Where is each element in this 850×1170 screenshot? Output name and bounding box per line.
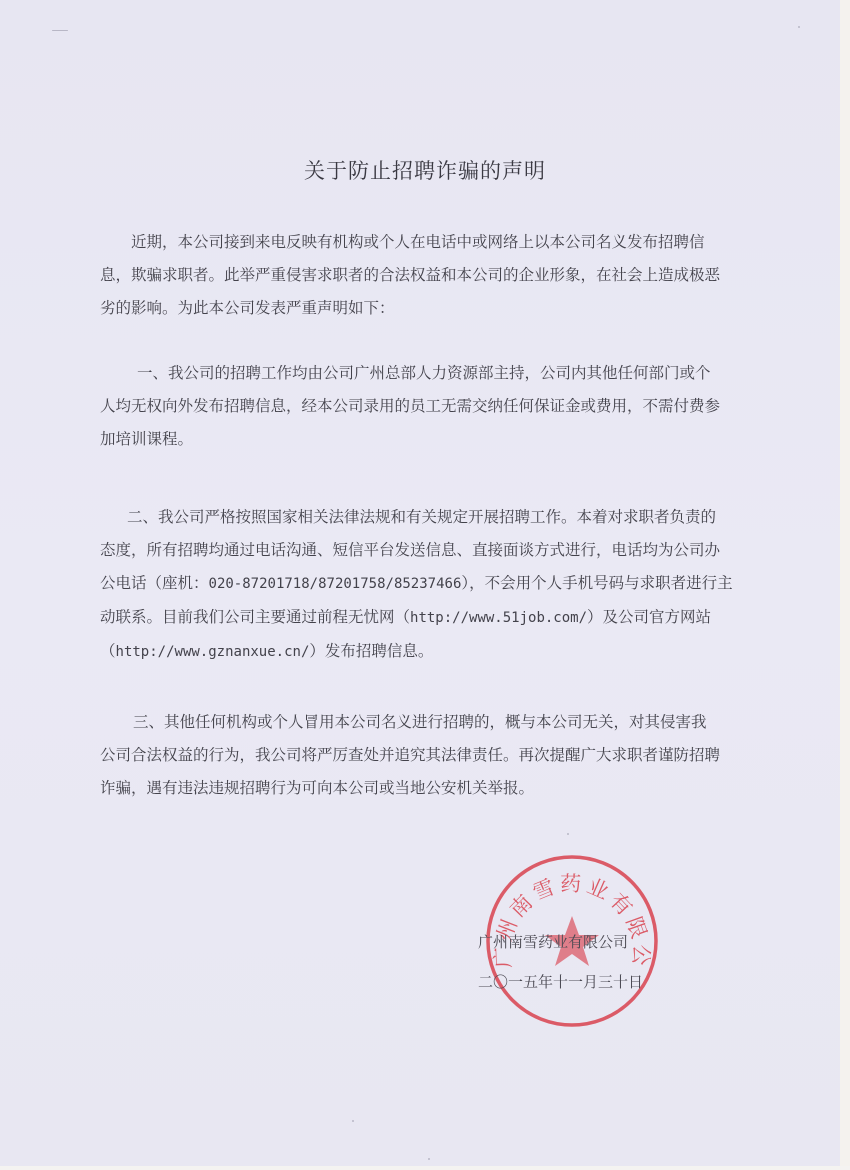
point-two-line: （http://www.gznanxue.cn/）发布招聘信息。 [100,635,760,669]
scan-speck [352,1120,354,1122]
url-51job: http://www.51job.com/ [410,610,587,626]
phone-suffix: ），不会用个人手机号码与求职者进行主 [461,574,732,592]
scan-speck [428,1158,430,1160]
scan-speck [567,833,569,835]
intro-line: 劣的影响。为此本公司发表严重声明如下： [100,292,760,325]
point-one-paragraph: 一、我公司的招聘工作均由公司广州总部人力资源部主持，公司内其他任何部门或个 人均… [100,357,760,456]
point-one-line: 一、我公司的招聘工作均由公司广州总部人力资源部主持，公司内其他任何部门或个 [100,357,760,390]
scan-speck [52,30,68,31]
url-suffix: ）及公司官方网站 [587,608,711,626]
point-three-line: 公司合法权益的行为，我公司将严厉查处并追究其法律责任。再次提醒广大求职者谨防招聘 [100,739,760,772]
point-two-paragraph: 二、我公司严格按照国家相关法律法规和有关规定开展招聘工作。本着对求职者负责的 态… [100,501,760,669]
scan-speck [798,26,800,28]
url-prefix: 动联系。目前我们公司主要通过前程无忧网（ [100,608,410,626]
point-two-line: 动联系。目前我们公司主要通过前程无忧网（http://www.51job.com… [100,601,760,635]
point-three-line: 诈骗，遇有违法违规招聘行为可向本公司或当地公安机关举报。 [100,772,760,805]
document-title: 关于防止招聘诈骗的声明 [0,155,850,185]
point-one-line: 加培训课程。 [100,423,760,456]
intro-line: 息，欺骗求职者。此举严重侵害求职者的合法权益和本公司的企业形象，在社会上造成极恶 [100,259,760,292]
point-one-line: 人均无权向外发布招聘信息，经本公司录用的员工无需交纳任何保证金或费用，不需付费参 [100,390,760,423]
signature-company: 广州南雪药业有限公司 [478,922,643,962]
intro-line: 近期，本公司接到来电反映有机构或个人在电话中或网络上以本公司名义发布招聘信 [100,226,760,259]
phone-numbers: 020-87201718/87201758/85237466 [209,576,462,592]
url-prefix: （ [100,642,116,660]
signature-date: 二〇一五年十一月三十日 [478,962,643,1002]
signature-block: 广州南雪药业有限公司 二〇一五年十一月三十日 [478,922,643,1002]
url-company: http://www.gznanxue.cn/ [116,644,310,660]
scanned-page: 关于防止招聘诈骗的声明 近期，本公司接到来电反映有机构或个人在电话中或网络上以本… [0,0,850,1170]
point-two-line: 公电话（座机：020-87201718/87201758/85237466），不… [100,567,760,601]
intro-paragraph: 近期，本公司接到来电反映有机构或个人在电话中或网络上以本公司名义发布招聘信 息，… [100,226,760,325]
point-three-paragraph: 三、其他任何机构或个人冒用本公司名义进行招聘的，概与本公司无关，对其侵害我 公司… [100,706,760,805]
url-suffix: ）发布招聘信息。 [309,642,433,660]
phone-prefix: 公电话（座机： [100,574,209,592]
point-two-line: 二、我公司严格按照国家相关法律法规和有关规定开展招聘工作。本着对求职者负责的 [100,501,760,534]
point-three-line: 三、其他任何机构或个人冒用本公司名义进行招聘的，概与本公司无关，对其侵害我 [100,706,760,739]
page-edge-bottom [0,1166,850,1170]
point-two-line: 态度，所有招聘均通过电话沟通、短信平台发送信息、直接面谈方式进行，电话均为公司办 [100,534,760,567]
